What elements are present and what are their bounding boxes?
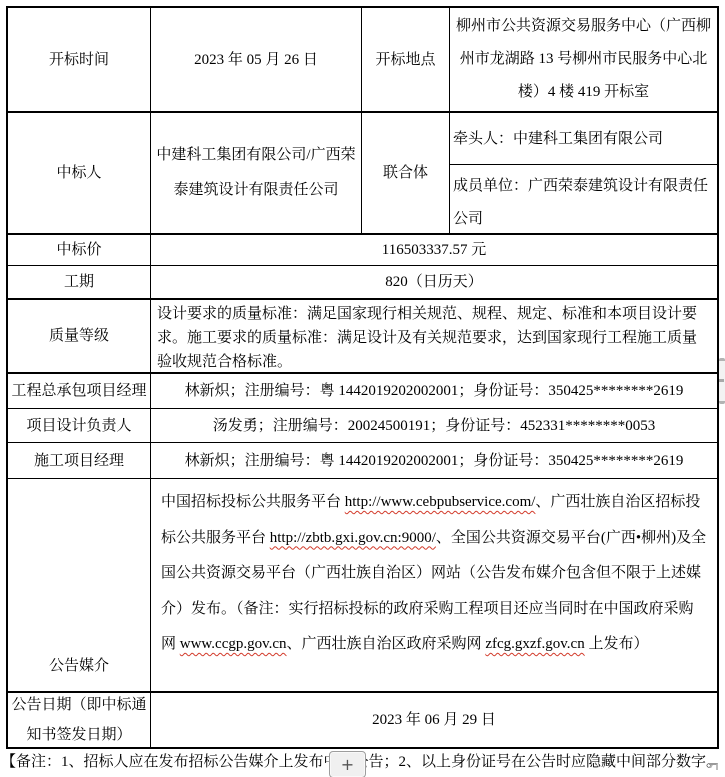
open-place-label: 开标地点 <box>361 8 449 111</box>
bid-result-table: 开标时间 2023 年 05 月 26 日 开标地点 柳州市公共资源交易服务中心… <box>6 6 719 749</box>
url-text: http://zbtb.gxi.gov.cn:9000/ <box>270 530 436 546</box>
zoom-in-button[interactable]: + <box>329 751 366 777</box>
table-row-open-time: 开标时间 2023 年 05 月 26 日 开标地点 柳州市公共资源交易服务中心… <box>8 8 717 111</box>
consortium-leader: 牵头人：中建科工集团有限公司 <box>450 113 717 165</box>
price-value: 116503337.57 元 <box>150 235 717 265</box>
media-label: 公告媒介 <box>8 479 150 691</box>
url-text: zfcg.gxzf.gov.cn <box>485 636 584 652</box>
open-place-value: 柳州市公共资源交易服务中心（广西柳州市龙湖路 13 号柳州市民服务中心北楼）4 … <box>449 8 717 111</box>
media-value: 中国招标投标公共服务平台 http://www.cebpubservice.co… <box>150 479 717 691</box>
open-time-label: 开标时间 <box>8 8 150 111</box>
consortium-label: 联合体 <box>361 113 449 233</box>
price-label: 中标价 <box>8 235 150 265</box>
table-row-price: 中标价 116503337.57 元 <box>8 233 717 265</box>
table-row-epc-manager: 工程总承包项目经理 林新炽；注册编号：粤 1442019202002001；身份… <box>8 372 717 408</box>
duration-label: 工期 <box>8 266 150 298</box>
url-text: www.ccgp.gov.cn <box>180 636 287 652</box>
announce-date-label: 公告日期（即中标通知书签发日期） <box>8 693 150 747</box>
design-lead-label: 项目设计负责人 <box>8 409 150 442</box>
table-row-design-lead: 项目设计负责人 汤发勇；注册编号：20024500191；身份证号：452331… <box>8 408 717 442</box>
consortium-cell: 牵头人：中建科工集团有限公司 成员单位：广西荣泰建筑设计有限责任公司 <box>449 113 717 233</box>
epc-manager-value: 林新炽；注册编号：粤 1442019202002001；身份证号：350425*… <box>150 374 717 408</box>
quality-value: 设计要求的质量标准：满足国家现行相关规范、规程、规定、标准和本项目设计要求。施工… <box>150 300 717 372</box>
open-time-value: 2023 年 05 月 26 日 <box>150 8 361 111</box>
winner-label: 中标人 <box>8 113 150 233</box>
table-row-quality: 质量等级 设计要求的质量标准：满足国家现行相关规范、规程、规定、标准和本项目设计… <box>8 298 717 372</box>
construction-manager-value: 林新炽；注册编号：粤 1442019202002001；身份证号：350425*… <box>150 443 717 478</box>
url-text: http://www.cebpubservice.com/ <box>345 494 536 510</box>
table-row-winner: 中标人 中建科工集团有限公司/广西荣泰建筑设计有限责任公司 联合体 牵头人：中建… <box>8 111 717 233</box>
table-row-announce-date: 公告日期（即中标通知书签发日期） 2023 年 06 月 29 日 <box>8 691 717 747</box>
winner-value: 中建科工集团有限公司/广西荣泰建筑设计有限责任公司 <box>150 113 361 233</box>
epc-manager-label: 工程总承包项目经理 <box>8 374 150 408</box>
construction-manager-label: 施工项目经理 <box>8 443 150 478</box>
announce-date-value: 2023 年 06 月 29 日 <box>150 693 717 747</box>
table-row-construction-manager: 施工项目经理 林新炽；注册编号：粤 1442019202002001；身份证号：… <box>8 442 717 478</box>
document-page: 开标时间 2023 年 05 月 26 日 开标地点 柳州市公共资源交易服务中心… <box>0 0 725 777</box>
scrollbar-grip-icon <box>719 379 724 382</box>
scrollbar-thumb[interactable] <box>719 358 725 404</box>
duration-value: 820（日历天） <box>150 266 717 298</box>
quality-label: 质量等级 <box>8 300 150 372</box>
table-row-duration: 工期 820（日历天） <box>8 265 717 298</box>
table-row-media: 公告媒介 中国招标投标公共服务平台 http://www.cebpubservi… <box>8 478 717 691</box>
design-lead-value: 汤发勇；注册编号：20024500191；身份证号：452331********… <box>150 409 717 442</box>
consortium-member: 成员单位：广西荣泰建筑设计有限责任公司 <box>450 165 717 233</box>
paragraph-mark-icon <box>709 763 718 770</box>
